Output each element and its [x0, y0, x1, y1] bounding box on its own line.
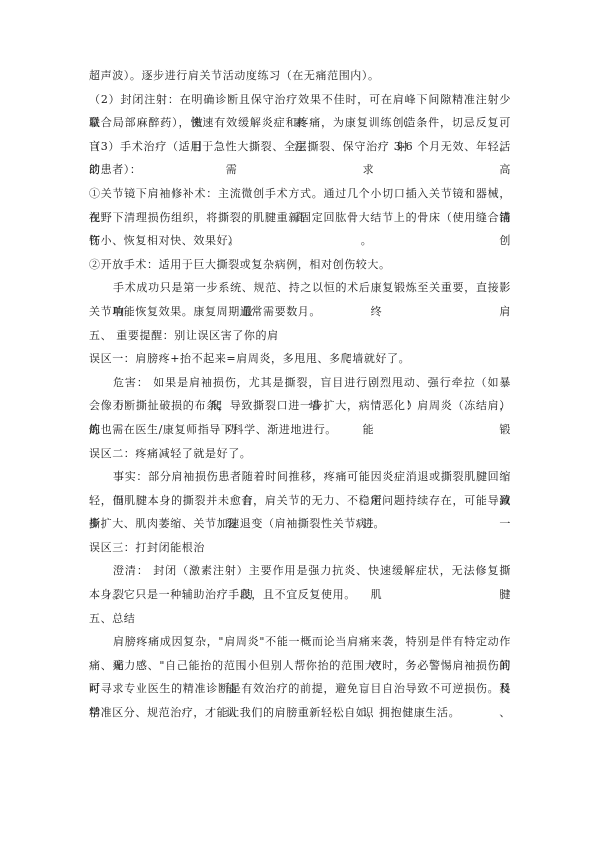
paragraph-line: ②开放手术：适用于巨大撕裂或复杂病例，相对创伤较大。: [89, 253, 511, 277]
paragraph-line: 痛、无力感、"自己能抬的范围小但别人帮你抬的范围大"时，务必警惕肩袖损伤的可能。…: [89, 654, 511, 678]
paragraph-line: （2）封闭注射：在明确诊断且保守治疗效果不佳时，可在肩峰下间隙精准注射少量激素（…: [89, 88, 511, 112]
paragraph-line: 轻，但肌腱本身的撕裂并未愈合，肩关节的无力、不稳定问题持续存在，可能导致撕裂进一: [89, 489, 511, 513]
section-heading: 五、 重要提醒：别让误区害了你的肩: [89, 324, 511, 348]
section-heading: 五、总结: [89, 607, 511, 631]
paragraph-line: 危害： 如果是肩袖损伤，尤其是撕裂，盲目进行剧烈甩动、强行牵拉（如暴力爬墙），: [89, 371, 511, 395]
paragraph-line: 澄清： 封闭（激素注射）主要作用是强力抗炎、快速缓解症状，无法修复撕裂的肌腱: [89, 559, 511, 583]
paragraph-line: 精准区分、规范治疗，才能让我们的肩膀重新轻松自如，拥抱健康生活。: [89, 701, 511, 725]
myth-heading: 误区二：疼痛减轻了就是好了。: [89, 442, 511, 466]
paragraph-line: 联合局部麻醉药），快速有效缓解炎症和疼痛，为康复训练创造条件，切忌反复、盲目注射…: [89, 111, 511, 135]
document-page: 超声波）。逐步进行肩关节活动度练习（在无痛范围内）。 （2）封闭注射：在明确诊断…: [89, 64, 511, 725]
paragraph-line: 肩膀疼痛成因复杂，"肩周炎"不能一概而论当肩痛来袭，特别是伴有特定动作痛、夜间: [89, 630, 511, 654]
myth-heading: 误区一：肩膀疼+抬不起来=肩周炎，多甩甩、多爬墙就好了。: [89, 347, 511, 371]
paragraph-line: ①关节镜下肩袖修补术：主流微创手术方式。通过几个小切口插入关节镜和器械，在高清: [89, 182, 511, 206]
paragraph-line: 时寻求专业医生的精准诊断是有效治疗的前提，避免盲目自治导致不可逆损伤。科学认识、: [89, 677, 511, 701]
myth-heading: 误区三：打封闭能根治: [89, 536, 511, 560]
paragraph-line: 超声波）。逐步进行肩关节活动度练习（在无痛范围内）。: [89, 64, 511, 88]
paragraph-line: 视野下清理损伤组织，将撕裂的肌腱重新固定回肱骨大结节上的骨床（使用缝合锚钉）。创: [89, 206, 511, 230]
paragraph-line: 手术成功只是第一步系统、规范、持之以恒的术后康复锻炼至关重要，直接影响最终肩: [89, 276, 511, 300]
paragraph-line: 会像不断撕扯破损的布条，导致撕裂口进一步扩大，病情恶化！肩周炎（冻结肩）的功能锻: [89, 394, 511, 418]
paragraph-line: 事实：部分肩袖损伤患者随着时间推移，疼痛可能因炎症消退或撕裂肌腱回缩而有所减: [89, 465, 511, 489]
paragraph-line: （3）手术治疗（适用于急性大撕裂、全层撕裂、保守治疗 3-6 个月无效、年轻活动…: [89, 135, 511, 159]
